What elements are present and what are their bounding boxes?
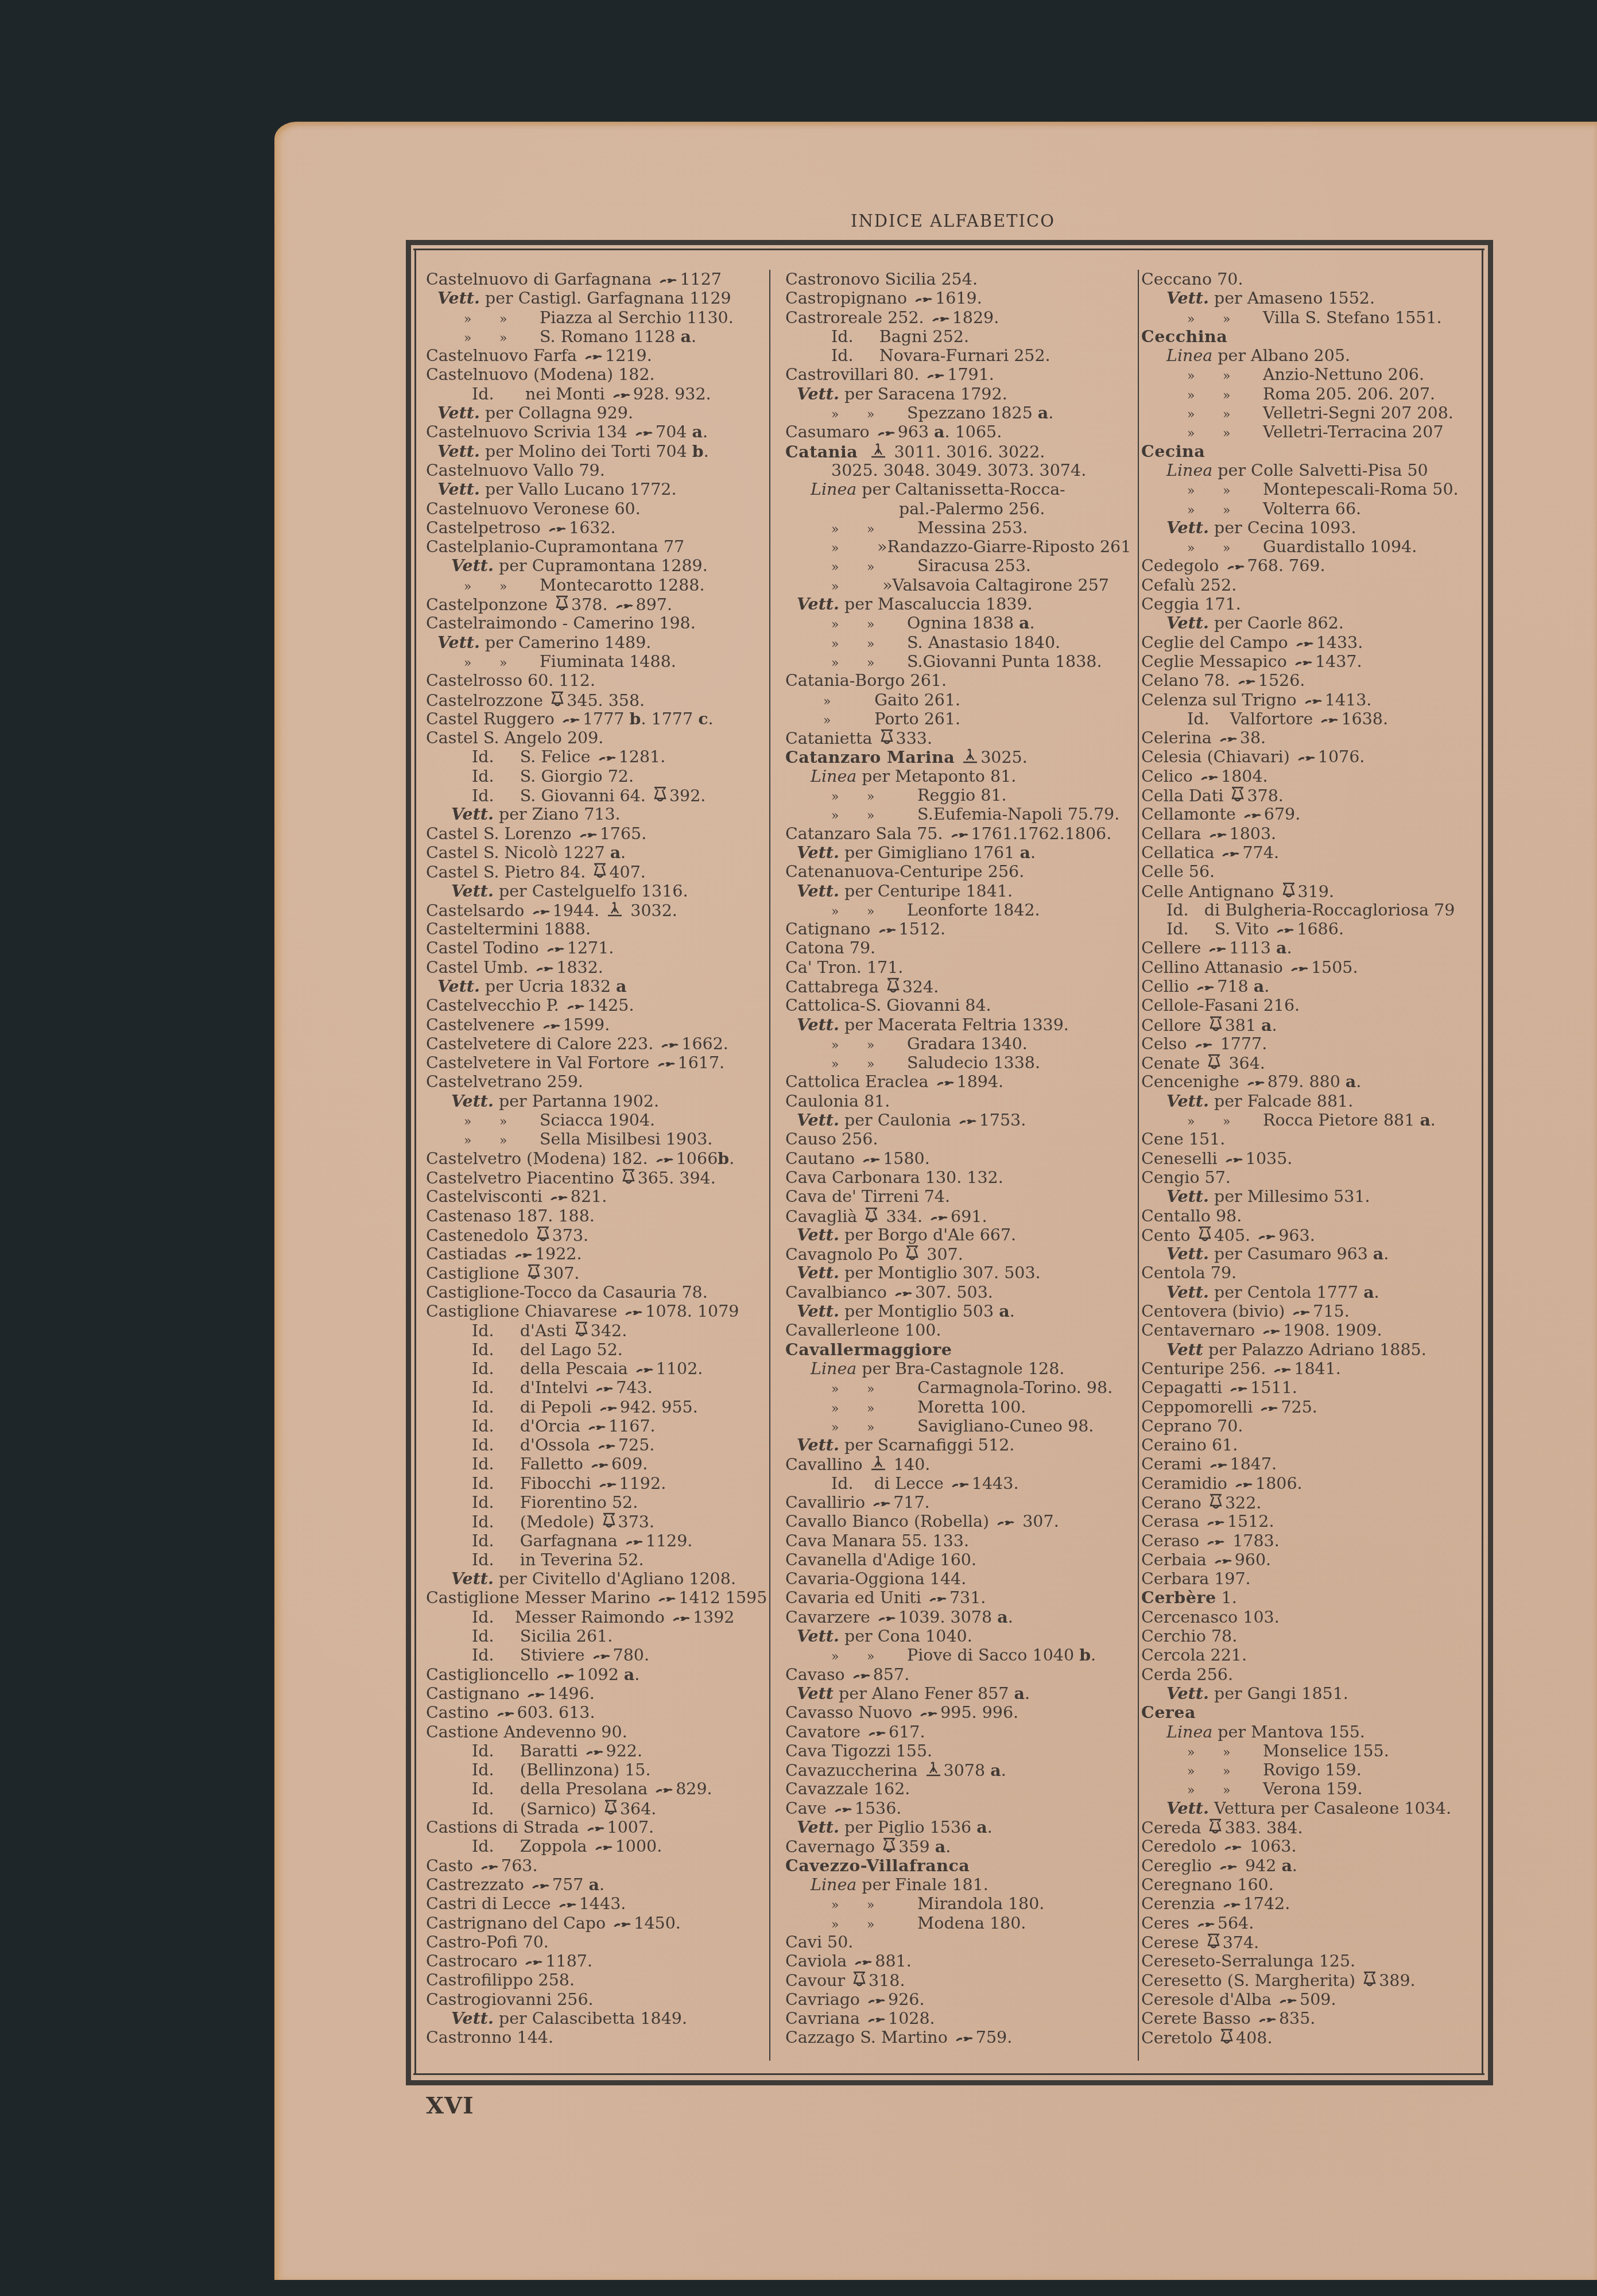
index-entry: Id. di Pepoli 942. 955. xyxy=(426,1398,762,1417)
entry-text: Ceraso xyxy=(1141,1531,1204,1550)
entry-text: Cencenighe xyxy=(1141,1072,1245,1091)
index-entry: Vett. per Cupramontana 1289. xyxy=(426,556,762,575)
entry-text: Celle Antignano xyxy=(1141,882,1280,901)
ditto-mark: » xyxy=(831,788,867,806)
ditto-mark: » xyxy=(831,806,867,825)
index-entry: »»Roma 205. 206. 207. xyxy=(1141,385,1477,404)
ditto-mark: » xyxy=(867,405,907,424)
index-entry: » Gaito 261. xyxy=(785,691,1127,709)
entry-text: Castel S. Pietro 84. xyxy=(426,863,591,882)
index-entry: Castrovillari 80. 1791. xyxy=(785,365,1127,384)
entry-text: 1580. xyxy=(883,1149,930,1168)
entry-text: Cereseto-Serralunga 125. xyxy=(1141,1952,1355,1971)
coach-icon xyxy=(658,275,678,286)
entry-text: Cereda xyxy=(1141,1818,1206,1837)
index-entry: »»S.Giovanni Punta 1838. xyxy=(785,652,1127,671)
entry-text: 881. xyxy=(875,1952,911,1971)
index-entry: Cellatica 774. xyxy=(1141,843,1477,862)
entry-text: Cellio xyxy=(1141,977,1194,996)
entry-text: 942 xyxy=(1240,1856,1282,1875)
index-entry: Ceprano 70. xyxy=(1141,1417,1477,1436)
entry-text: per Collagna 929. xyxy=(480,404,633,422)
entry-text: 1783. xyxy=(1227,1531,1280,1550)
entry-text: Centavernaro xyxy=(1141,1321,1260,1340)
entry-text: 1271. xyxy=(567,938,614,957)
entry-text: per Cupramontana 1289. xyxy=(494,556,708,575)
coach-icon xyxy=(1209,1460,1228,1471)
entry-text: Sella Misilbesi 1903. xyxy=(540,1130,712,1149)
entry-text: per Albano 205. xyxy=(1212,346,1350,365)
steamer-icon xyxy=(606,901,623,918)
entry-text: . xyxy=(1008,1608,1013,1627)
coach-icon xyxy=(958,1116,978,1127)
entry-text: Id. Baratti xyxy=(472,1742,583,1760)
suffix-letter: a xyxy=(680,327,691,346)
entry-text: Cavallirio xyxy=(785,1493,870,1512)
index-entry: Celso 1777. xyxy=(1141,1034,1477,1053)
entry-text: 1765. xyxy=(600,824,647,843)
index-entry: Cavallermaggiore xyxy=(785,1340,1127,1359)
ditto-mark: » xyxy=(823,692,859,711)
index-entry: Castel Umb. 1832. xyxy=(426,958,762,977)
index-entry: Casto 763. xyxy=(426,1856,762,1875)
index-entry: Cavriago 926. xyxy=(785,1990,1127,2009)
frame-top-thick-rule xyxy=(406,240,1493,245)
suffix-letter: c xyxy=(698,709,708,728)
entry-text: 757 xyxy=(552,1875,588,1894)
entry-text: 1437. xyxy=(1315,652,1362,671)
entry-text: . xyxy=(1091,1646,1096,1665)
entry-text: 1167. xyxy=(608,1417,656,1436)
index-entry: Vett. per Montiglio 307. 503. xyxy=(785,1263,1127,1282)
entry-text: Id. Messer Raimondo xyxy=(472,1608,670,1627)
vettura-label: Vett. xyxy=(797,881,839,901)
index-entry: Castiglioncello 1092 a. xyxy=(426,1665,762,1684)
entry-text: Cerchio 78. xyxy=(1141,1627,1237,1646)
index-entry: Cellio 718 a. xyxy=(1141,977,1477,996)
suffix-letter: a xyxy=(1261,1015,1272,1035)
junction-station-name: Catania xyxy=(785,442,858,461)
index-entry: Castelponzone 378. 897. xyxy=(426,595,762,614)
entry-text: 383. 384. xyxy=(1224,1818,1303,1837)
vettura-label: Vett xyxy=(797,1684,834,1703)
index-entry: »» Siracusa 253. xyxy=(785,556,1127,575)
entry-text: Id. S. Giovanni 64. xyxy=(472,786,651,805)
entry-text: 743. xyxy=(616,1378,652,1397)
ditto-mark: » xyxy=(831,1380,867,1399)
index-entry: Id. Sicilia 261. xyxy=(426,1627,762,1646)
coach-icon xyxy=(542,1021,561,1032)
entry-text: Piove di Sacco 1040 xyxy=(907,1646,1079,1665)
vettura-label: Vett. xyxy=(1166,518,1209,537)
ditto-mark: » xyxy=(1187,1762,1223,1781)
index-entry: »»Rovigo 159. xyxy=(1141,1760,1477,1779)
entry-text: 373. xyxy=(618,1512,654,1531)
coach-icon xyxy=(549,1192,569,1204)
linea-label: Linea xyxy=(811,1875,856,1894)
entry-text: per Civitello d'Agliano 1208. xyxy=(494,1569,736,1588)
entry-text: 408. xyxy=(1236,2029,1272,2047)
coach-icon xyxy=(586,1823,606,1835)
entry-text: 960. xyxy=(1235,1550,1271,1569)
entry-text: Guardistallo 1094. xyxy=(1263,537,1417,556)
index-entry: »»Leonforte 1842. xyxy=(785,901,1127,920)
page-header: INDICE ALFABETICO xyxy=(838,211,1068,231)
coach-icon xyxy=(1208,944,1227,955)
index-entry: Vett. per Caorle 862. xyxy=(1141,614,1477,633)
index-entry: Vett. per Mascaluccia 1839. xyxy=(785,595,1127,614)
entry-text: 1742. xyxy=(1243,1894,1290,1913)
index-entry: Ceredolo 1063. xyxy=(1141,1837,1477,1856)
vettura-label: Vett. xyxy=(1166,1186,1209,1206)
index-entry: Cerbaia 960. xyxy=(1141,1550,1477,1569)
ditto-mark: » xyxy=(1223,386,1263,405)
index-entry: Cavriana 1028. xyxy=(785,2009,1127,2028)
entry-text: per Centuripe 1841. xyxy=(839,882,1013,901)
index-entry: Id. (Bellinzona) 15. xyxy=(426,1760,762,1779)
index-entry: Vett per Palazzo Adriano 1885. xyxy=(1141,1340,1477,1359)
entry-text: 1791. xyxy=(947,365,994,384)
index-entry: Castelrozzone 345. 358. xyxy=(426,691,762,709)
entry-text: Castelponzone xyxy=(426,595,553,614)
entry-text: Mirandola 180. xyxy=(907,1894,1044,1913)
coach-icon xyxy=(657,1593,677,1605)
entry-text: Cavi 50. xyxy=(785,1933,853,1952)
entry-text: . xyxy=(704,442,709,461)
coach-icon xyxy=(1208,829,1228,841)
entry-text: Castrezzato xyxy=(426,1875,529,1894)
coach-icon xyxy=(584,351,603,363)
index-entry: Vett. per Partanna 1902. xyxy=(426,1092,762,1111)
index-entry: Centola 79. xyxy=(1141,1263,1477,1282)
index-entry: Id. Stiviere 780. xyxy=(426,1646,762,1665)
entry-text: per Castelguelfo 1316. xyxy=(494,882,688,901)
index-entry: Vett. per Collagna 929. xyxy=(426,404,762,422)
index-entry: Cepagatti 1511. xyxy=(1141,1378,1477,1397)
bell-icon xyxy=(536,1225,551,1243)
entry-text: per Vallo Lucano 1772. xyxy=(480,480,677,499)
entry-text: Cellole-Fasani 216. xyxy=(1141,996,1300,1015)
entry-text: Id. S. Giorgio 72. xyxy=(472,767,634,786)
bell-icon xyxy=(1362,1971,1377,1988)
entry-text: 1894. xyxy=(957,1072,1004,1091)
suffix-letter: a xyxy=(692,422,702,441)
entry-text: 1066 xyxy=(676,1149,718,1168)
bell-icon xyxy=(526,1263,541,1281)
entry-text: per Gimigliano 1761 xyxy=(839,843,1020,862)
entry-text: 373. xyxy=(552,1226,588,1245)
entry-text: 342. xyxy=(591,1321,627,1340)
index-entry: Cavatore 617. xyxy=(785,1723,1127,1742)
entry-text: 759. xyxy=(976,2028,1012,2047)
entry-text: Centola 79. xyxy=(1141,1263,1236,1282)
entry-text: Cava Carbonara 130. 132. xyxy=(785,1168,1003,1187)
index-entry: Cene 151. xyxy=(1141,1130,1477,1149)
index-entry: Cellore 381 a. xyxy=(1141,1015,1477,1034)
index-entry: Cavaria-Oggiona 144. xyxy=(785,1569,1127,1588)
index-entry: Cavi 50. xyxy=(785,1933,1127,1952)
entry-text: 1505. xyxy=(1311,958,1358,977)
index-entry: Cercenasco 103. xyxy=(1141,1608,1477,1627)
entry-text: Cattolica Eraclea xyxy=(785,1072,934,1091)
entry-text: 38. xyxy=(1240,728,1266,747)
entry-text: 1841. xyxy=(1294,1359,1341,1378)
entry-text: . xyxy=(729,1149,734,1168)
index-entry: Centavernaro 1908. 1909. xyxy=(1141,1321,1477,1340)
entry-text: Castel S. Lorenzo xyxy=(426,824,577,843)
entry-text: Cellamonte xyxy=(1141,805,1241,824)
coach-icon xyxy=(877,1613,897,1624)
suffix-letter: a xyxy=(610,843,621,862)
coach-icon xyxy=(950,829,970,841)
entry-text xyxy=(858,443,868,461)
index-entry: Cerbara 197. xyxy=(1141,1569,1477,1588)
frame-right-thick-rule xyxy=(1488,240,1493,2085)
coach-icon xyxy=(599,1403,618,1414)
bell-icon xyxy=(1219,2028,1234,2045)
index-entry: »»Montepescali-Roma 50. xyxy=(1141,480,1477,499)
index-entry: Cellere 1113 a. xyxy=(1141,938,1477,957)
entry-text: Ceccano 70. xyxy=(1141,270,1243,289)
entry-text: Centuripe 256. xyxy=(1141,1359,1271,1378)
entry-text: Volterra 66. xyxy=(1263,499,1361,518)
entry-text: Ceramidio xyxy=(1141,1474,1232,1493)
entry-text: Castiadas xyxy=(426,1244,512,1263)
entry-text: 333. xyxy=(896,729,932,748)
index-entry: Cencenighe 879. 880 a. xyxy=(1141,1072,1477,1091)
index-entry: Cedegolo 768. 769. xyxy=(1141,556,1477,575)
entry-text: Castrovillari 80. xyxy=(785,365,924,384)
entry-text: Celico xyxy=(1141,767,1198,786)
vettura-label: Vett. xyxy=(1166,1244,1209,1263)
entry-text: 829. xyxy=(676,1779,712,1798)
entry-text: 307. xyxy=(1017,1512,1059,1531)
index-entry: » Porto 261. xyxy=(785,709,1127,728)
coach-icon xyxy=(1297,753,1316,764)
entry-text: Porto 261. xyxy=(859,709,960,728)
index-entry: Celle Antignano 319. xyxy=(1141,882,1477,901)
entry-text: per Saracena 1792. xyxy=(839,385,1007,404)
entry-text: Castelvetro Piacentino xyxy=(426,1169,619,1188)
index-entry: Celenza sul Trigno 1413. xyxy=(1141,691,1477,709)
entry-text: Castri di Lecce xyxy=(426,1894,556,1913)
coach-icon xyxy=(834,1804,853,1816)
bell-icon xyxy=(555,595,569,612)
index-entry: Cattolica-S. Giovanni 84. xyxy=(785,996,1127,1015)
ditto-mark: » xyxy=(1223,1762,1263,1781)
vettura-label: Vett. xyxy=(797,1301,839,1321)
entry-text: per Piglio 1536 xyxy=(839,1818,976,1837)
entry-text: Casto xyxy=(426,1856,478,1875)
entry-text: 763. xyxy=(501,1856,537,1875)
entry-text: 821. xyxy=(571,1187,607,1206)
entry-text: Castelrosso 60. 112. xyxy=(426,671,595,690)
coach-icon xyxy=(1206,1517,1226,1529)
index-entry: Celle 56. xyxy=(1141,862,1477,881)
index-entry: Id. di Bulgheria-Roccagloriosa 79 xyxy=(1141,901,1477,920)
index-entry: Castelnuovo di Garfagnana 1127 xyxy=(426,270,762,289)
entry-text xyxy=(955,748,960,767)
coach-icon xyxy=(1246,1077,1266,1089)
entry-text: Cercenasco 103. xyxy=(1141,1608,1280,1627)
coach-icon xyxy=(1259,1403,1279,1414)
index-entry: Castelpetroso 1632. xyxy=(426,518,762,537)
ditto-mark: » xyxy=(867,1055,907,1074)
entry-text: 1496. xyxy=(548,1684,595,1703)
entry-text: per Millesimo 531. xyxy=(1209,1187,1370,1206)
coach-icon xyxy=(561,715,581,726)
entry-text: Id. in Teverina 52. xyxy=(472,1550,644,1569)
ditto-mark: » xyxy=(867,788,907,806)
ditto-mark: » xyxy=(1187,405,1223,424)
entry-text: Id. d'Orcia xyxy=(472,1417,586,1436)
suffix-letter: a xyxy=(1019,613,1029,633)
coach-icon xyxy=(1243,810,1262,821)
index-entry: Cerbère 1. xyxy=(1141,1588,1477,1607)
coach-icon xyxy=(625,1537,644,1548)
coach-icon xyxy=(655,1154,675,1166)
bell-icon xyxy=(852,1971,867,1988)
entry-text: 1063. xyxy=(1245,1837,1297,1856)
index-entry: Ceraino 61. xyxy=(1141,1436,1477,1455)
index-entry: Id. nei Monti 928. 932. xyxy=(426,385,762,404)
entry-text: . xyxy=(634,1665,639,1684)
entry-text: Cerasa xyxy=(1141,1512,1204,1531)
entry-text: 768. 769. xyxy=(1247,556,1325,575)
index-entry: »»S. Romano 1128 a. xyxy=(426,327,762,346)
index-entry: Vett. Vettura per Casaleone 1034. xyxy=(1141,1799,1477,1818)
ditto-mark: » xyxy=(1223,501,1263,520)
coach-icon xyxy=(1229,1383,1249,1395)
entry-text: pal.-Palermo 256. xyxy=(889,499,1045,518)
ditto-mark: » xyxy=(831,615,867,634)
entry-text: per Montiglio 307. 503. xyxy=(839,1263,1041,1282)
ditto-mark: » xyxy=(499,577,540,596)
ditto-mark: » xyxy=(867,1418,907,1437)
coach-icon xyxy=(531,1880,551,1892)
entry-text: per Casumaro 963 xyxy=(1209,1244,1373,1263)
index-entry: Cerami 1847. xyxy=(1141,1455,1477,1473)
ditto-mark: » xyxy=(831,1036,867,1055)
index-entry: Cerchio 78. xyxy=(1141,1627,1477,1646)
entry-text: . xyxy=(1001,1761,1006,1780)
ditto-mark: » xyxy=(867,615,907,634)
entry-text: 725. xyxy=(1281,1398,1317,1417)
coach-icon xyxy=(556,1670,575,1682)
index-entry: Vett. per Amaseno 1552. xyxy=(1141,289,1477,308)
entry-text: 307. 503. xyxy=(915,1283,993,1302)
entry-text: 942. 955. xyxy=(620,1398,698,1417)
ditto-mark: » xyxy=(464,1112,499,1131)
index-entry: Id. (Sarnico) 364. xyxy=(426,1799,762,1818)
entry-text: . xyxy=(945,1837,951,1856)
index-entry: Cenate 364. xyxy=(1141,1053,1477,1072)
index-entry: Id. Valfortore 1638. xyxy=(1141,709,1477,728)
entry-text: Cercola 221. xyxy=(1141,1646,1247,1665)
entry-text: 715. xyxy=(1313,1302,1349,1321)
bell-icon xyxy=(592,862,607,879)
suffix-letter: a xyxy=(997,1607,1007,1627)
entry-text: Cedegolo xyxy=(1141,556,1224,575)
entry-text: 691. xyxy=(951,1207,987,1226)
suffix-letter: a xyxy=(1281,1856,1292,1875)
entry-text: Id. (Sarnico) xyxy=(472,1799,602,1818)
index-entry: Vett. per Millesimo 531. xyxy=(1141,1187,1477,1206)
index-entry: Vett. per Centola 1777 a. xyxy=(1141,1283,1477,1302)
entry-text: . xyxy=(691,327,696,346)
entry-text: 378. xyxy=(571,595,613,614)
entry-text: Catanzaro Sala 75. xyxy=(785,824,948,843)
junction-station-name: Cavezzo-Villafranca xyxy=(785,1856,970,1875)
entry-text: Cavazuccherina xyxy=(785,1761,923,1780)
index-entry: »»Anzio-Nettuno 206. xyxy=(1141,365,1477,384)
index-entry: Centovera (bivio) 715. xyxy=(1141,1302,1477,1321)
coach-icon xyxy=(1276,925,1295,936)
entry-text: Montepescali-Roma 50. xyxy=(1263,480,1459,499)
entry-text: Id. Sicilia 261. xyxy=(472,1627,613,1646)
coach-icon xyxy=(877,428,896,439)
entry-text: 345. 358. xyxy=(567,691,645,710)
entry-text: 1536. xyxy=(855,1799,902,1818)
suffix-letter: b xyxy=(1079,1645,1091,1665)
index-entry: »»Spezzano 1825 a. xyxy=(785,404,1127,422)
coach-icon xyxy=(598,753,617,764)
entry-text: 704 xyxy=(656,422,692,441)
index-entry: Castions di Strada 1007. xyxy=(426,1818,762,1837)
coach-icon xyxy=(480,1861,499,1873)
index-entry: Cerea xyxy=(1141,1703,1477,1722)
coach-icon xyxy=(595,1383,614,1395)
entry-text: 1412 1595 xyxy=(679,1588,767,1607)
entry-text: Cavagnolo Po xyxy=(785,1245,903,1264)
index-entry: Cavezzo-Villafranca xyxy=(785,1856,1127,1875)
entry-text: Id. Garfagnana xyxy=(472,1531,623,1550)
vettura-label: Vett. xyxy=(437,441,480,461)
index-entry: Ca' Tron. 171. xyxy=(785,958,1127,977)
index-entry: Castelsardo 1944. 3032. xyxy=(426,901,762,920)
index-entry: »»Piove di Sacco 1040 b. xyxy=(785,1646,1127,1665)
entry-text: . xyxy=(1292,1856,1297,1875)
entry-text: Castelvecchio P. xyxy=(426,996,564,1015)
bell-icon xyxy=(864,1207,879,1224)
index-entry: Cefalù 252. xyxy=(1141,576,1477,595)
index-entry: Celico 1804. xyxy=(1141,767,1477,786)
index-entry: Castronovo Sicilia 254. xyxy=(785,270,1127,289)
entry-text: Castelvetro (Modena) 182. xyxy=(426,1149,653,1168)
entry-text: per Montiglio 503 xyxy=(839,1302,999,1321)
index-entry: Centuripe 256. 1841. xyxy=(1141,1359,1477,1378)
coach-icon xyxy=(615,600,634,612)
entry-text: per Partanna 1902. xyxy=(494,1092,659,1111)
entry-text: per Centola 1777 xyxy=(1209,1283,1363,1302)
ditto-mark: » xyxy=(1223,367,1263,386)
index-entry: Ceretolo 408. xyxy=(1141,2028,1477,2047)
bell-icon xyxy=(882,1837,897,1854)
entry-text: . 1065. xyxy=(945,422,1002,441)
entry-text: Ceres xyxy=(1141,1914,1195,1933)
coach-icon xyxy=(635,1364,654,1376)
entry-text: Castenedolo xyxy=(426,1226,534,1245)
entry-text: Celerina xyxy=(1141,728,1217,747)
entry-text: Castignano xyxy=(426,1684,525,1703)
coach-icon xyxy=(594,1842,614,1853)
entry-text: 617. xyxy=(889,1723,925,1742)
coach-icon xyxy=(914,294,933,305)
index-entry: Castelrosso 60. 112. xyxy=(426,671,762,690)
index-entry: Catanzaro Sala 75. 1761.1762.1806. xyxy=(785,824,1127,843)
index-entry: Vett. per Civitello d'Agliano 1208. xyxy=(426,1569,762,1588)
index-entry: Centallo 98. xyxy=(1141,1207,1477,1225)
